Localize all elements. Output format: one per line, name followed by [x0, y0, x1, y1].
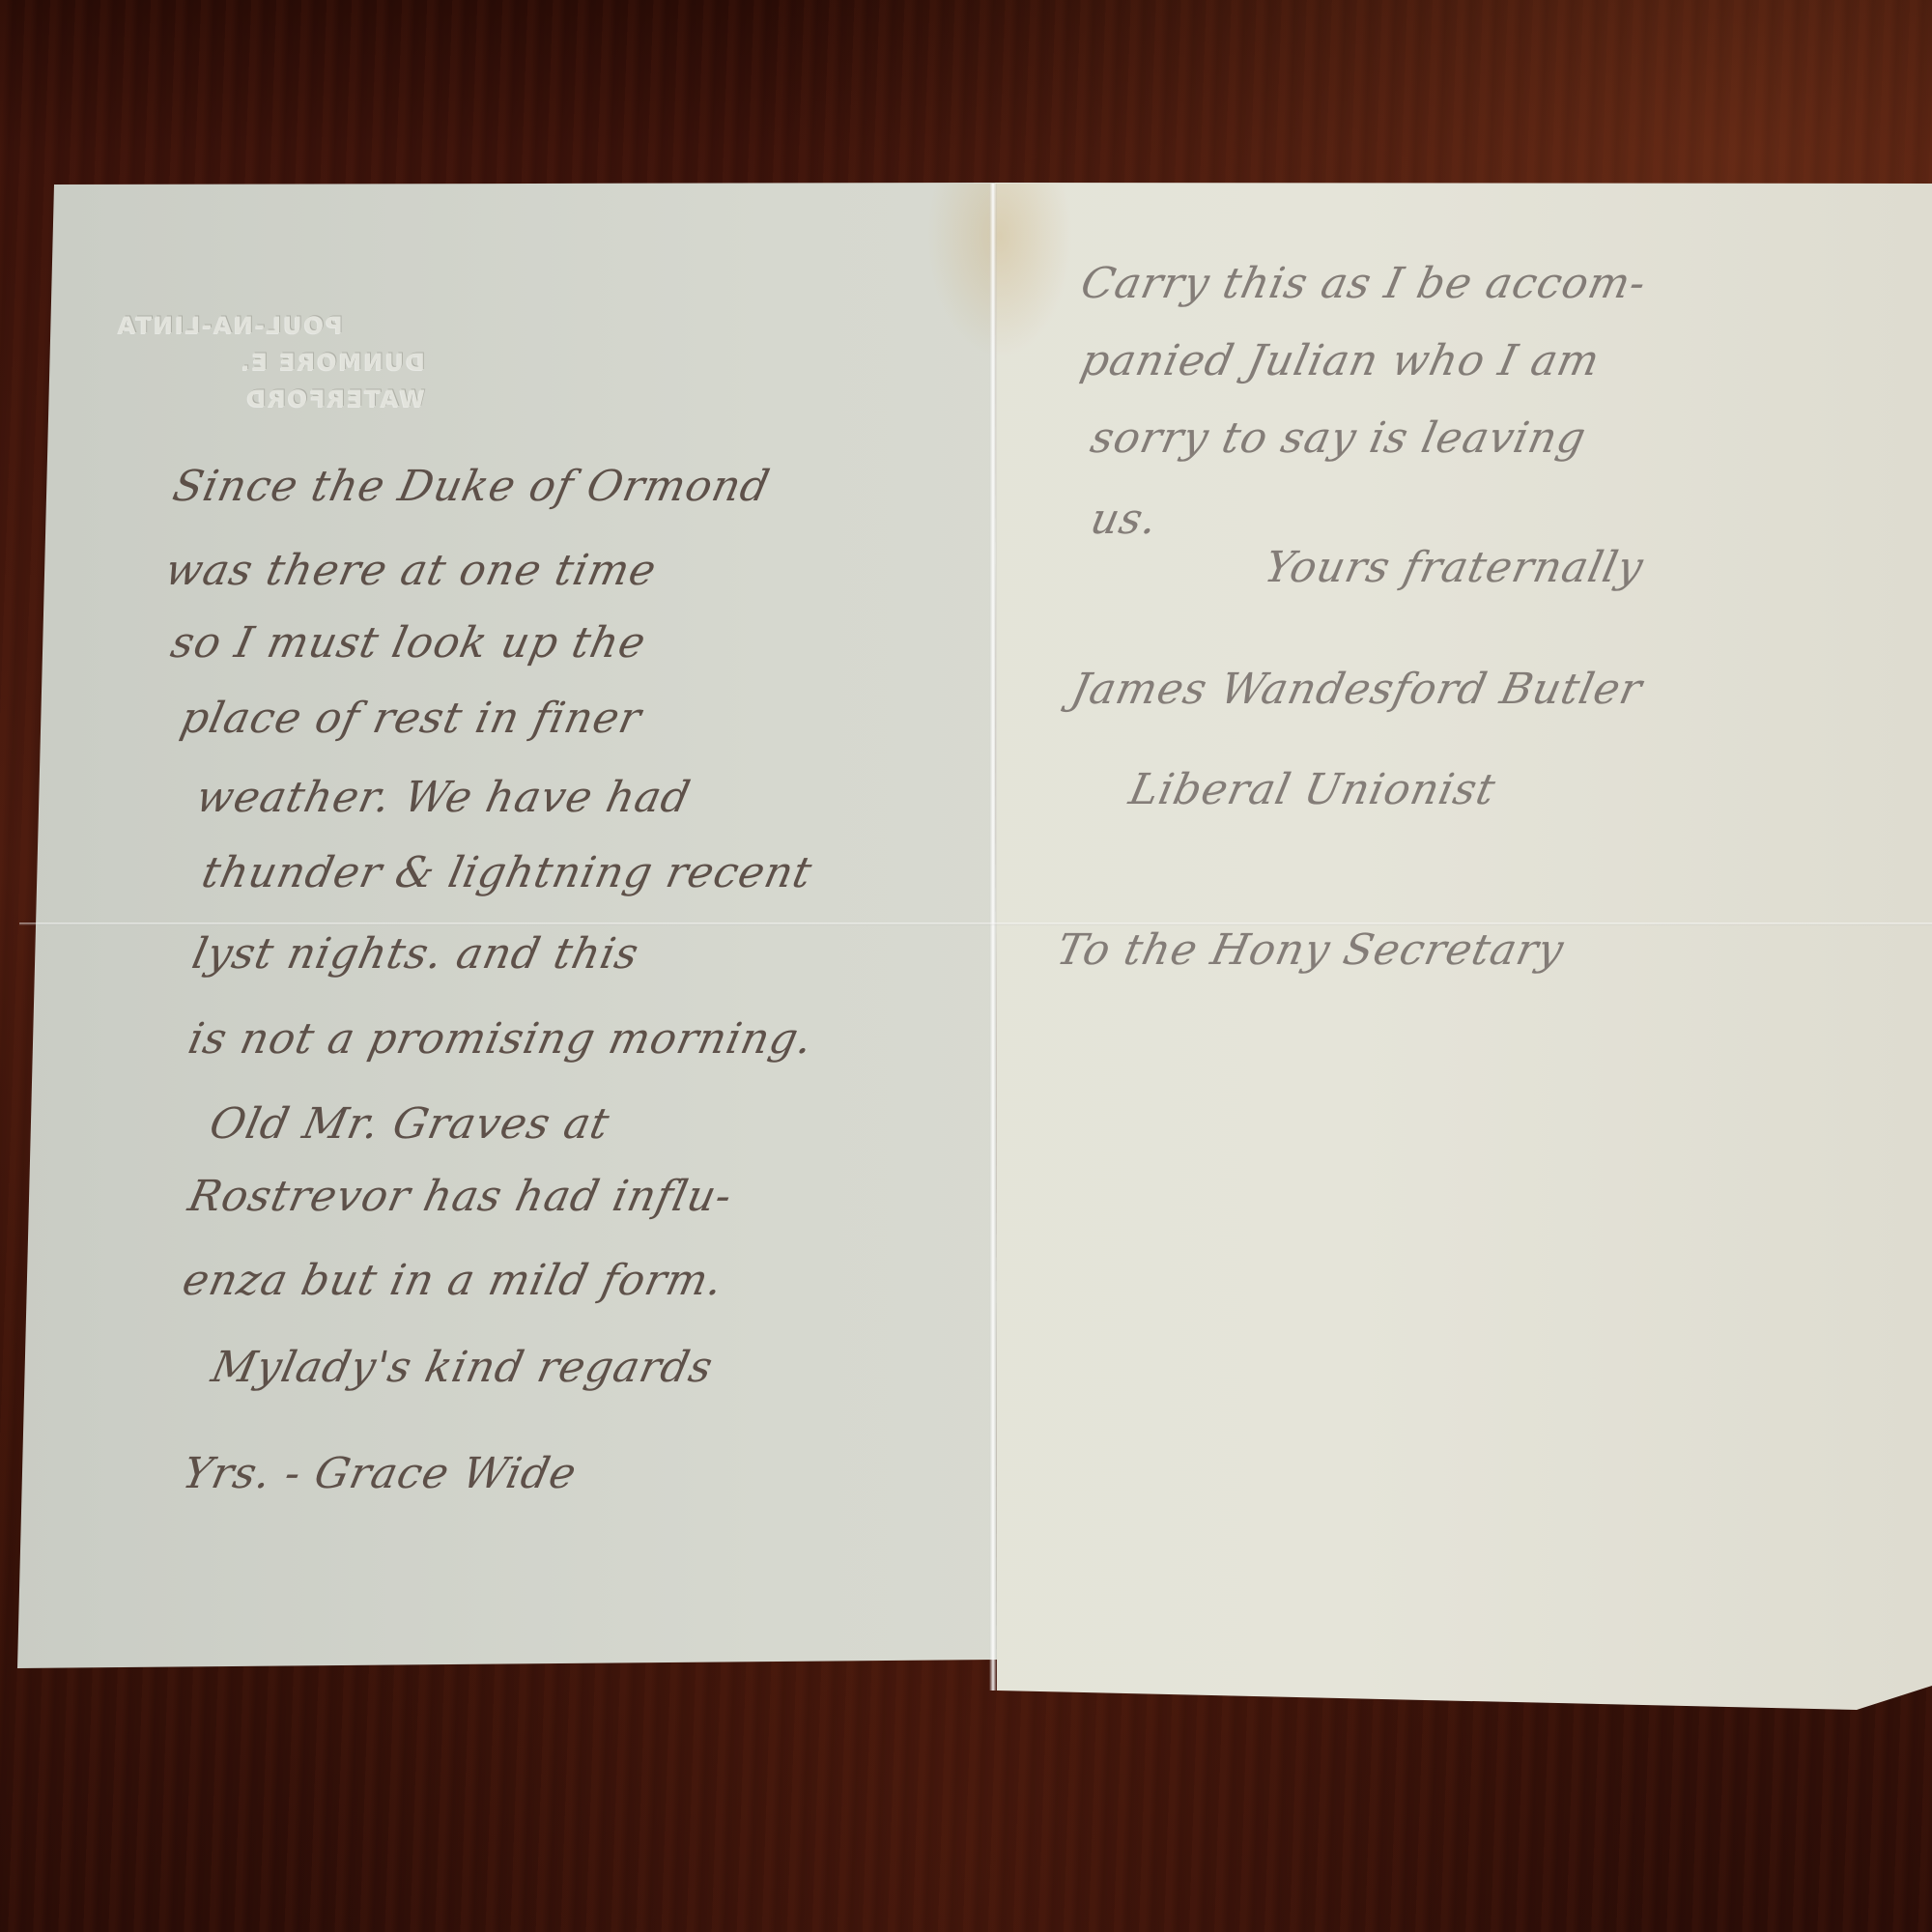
- handwritten-line: Rostrevor has had influ-: [185, 1172, 737, 1221]
- handwritten-line: was there at one time: [161, 546, 662, 595]
- handwritten-line: enza but in a mild form.: [179, 1256, 728, 1305]
- paper-stain: [927, 184, 1072, 357]
- embossed-letterhead: POUL-NA-LINTA DUNMORE E. WATERFORD: [116, 307, 464, 417]
- letterhead-line: DUNMORE E.: [116, 344, 464, 381]
- horizontal-fold: [19, 923, 1932, 925]
- signature-title: Liberal Unionist: [1125, 765, 1500, 814]
- handwritten-line: Mylady's kind regards: [208, 1343, 718, 1392]
- closing-salutation: Yours fraternally: [1261, 543, 1648, 592]
- handwritten-line: Since the Duke of Ormond: [169, 462, 775, 511]
- letterhead-line: POUL-NA-LINTA: [116, 307, 464, 344]
- handwritten-line: place of rest in finer: [177, 694, 646, 743]
- handwritten-line: so I must look up the: [167, 618, 651, 668]
- handwritten-line: is not a promising morning.: [185, 1014, 818, 1064]
- handwritten-line: panied Julian who I am: [1077, 336, 1605, 385]
- handwritten-line: sorry to say is leaving: [1087, 413, 1591, 463]
- vertical-fold: [989, 184, 997, 1690]
- handwritten-line: lyst nights. and this: [188, 929, 644, 979]
- addressee-line: To the Hony Secretary: [1053, 925, 1569, 975]
- signature: James Wandesford Butler: [1067, 665, 1647, 714]
- handwritten-line: weather. We have had: [192, 773, 696, 822]
- handwritten-line: us.: [1087, 495, 1163, 544]
- handwritten-line: Carry this as I be accom-: [1077, 259, 1651, 308]
- handwritten-line: Old Mr. Graves at: [206, 1099, 614, 1149]
- letter-sheet: POUL-NA-LINTA DUNMORE E. WATERFORD Since…: [0, 0, 1932, 1932]
- handwritten-line: thunder & lightning recent: [198, 848, 817, 897]
- letterhead-line: WATERFORD: [116, 381, 464, 417]
- handwritten-line: Yrs. - Grace Wide: [179, 1449, 582, 1498]
